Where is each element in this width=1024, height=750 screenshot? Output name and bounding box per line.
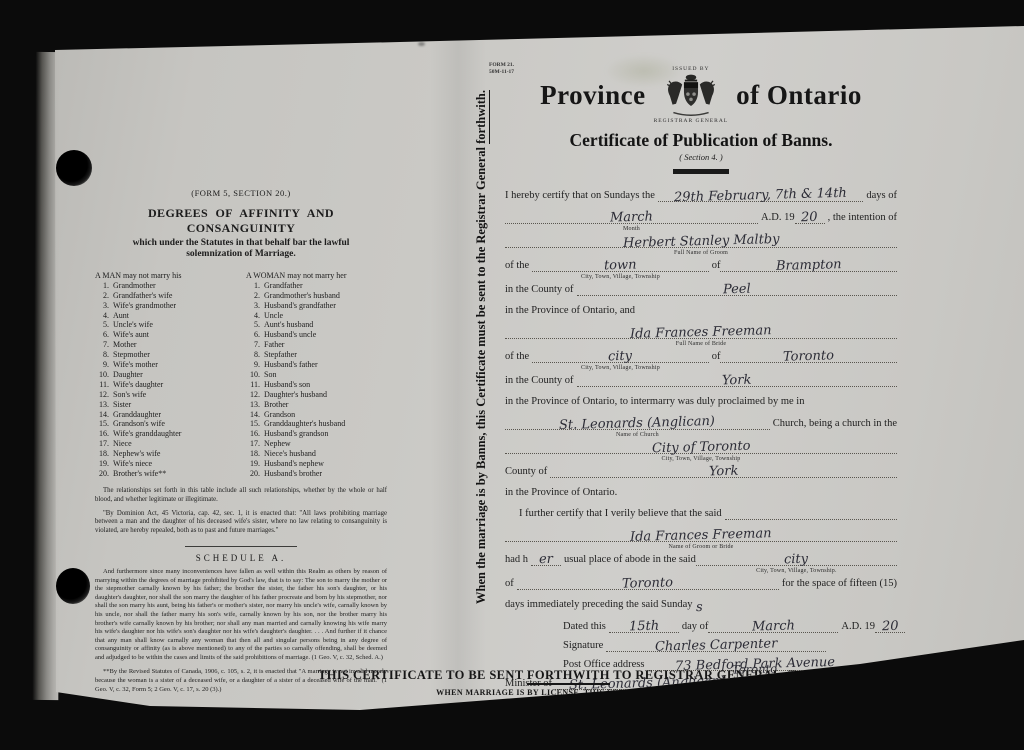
- affinity-list-item: 1.Grandfather: [246, 281, 387, 291]
- affinity-list-item: 19.Husband's nephew: [246, 459, 387, 469]
- footer-line1-pre: THIS CERTIFICATE TO BE SENT: [318, 668, 527, 682]
- affinity-list-item: 16.Wife's granddaughter: [95, 429, 236, 439]
- footer-line1-post: TO REGISTRAR GENERAL, TORONTO, ONT.: [610, 668, 893, 682]
- document-paper: (FORM 5, SECTION 20.) DEGREES OF AFFINIT…: [0, 0, 1024, 750]
- affinity-list-item: 2.Grandfather's wife: [95, 291, 236, 301]
- dated-year-value: 20: [882, 622, 899, 632]
- footer-line1: THIS CERTIFICATE TO BE SENT FORTHWITH TO…: [318, 668, 828, 683]
- intention-label: , the intention of: [825, 211, 897, 224]
- margin-note-forthwith: forthwith.: [474, 90, 490, 144]
- line-days-preceding: days immediately preceding the said Sund…: [505, 598, 897, 611]
- church-place-field: City of TorontoCity, Town, Village, Town…: [505, 440, 897, 454]
- dated-year-field: 20: [875, 619, 905, 633]
- for-space-label: for the space of fifteen (15): [779, 577, 897, 590]
- affinity-list-item: 8.Stepmother: [95, 350, 236, 360]
- dated-month-field: March: [708, 619, 838, 633]
- affinity-list-item: 12.Son's wife: [95, 390, 236, 400]
- affinity-columns: A MAN may not marry his 1.Grandmother2.G…: [95, 271, 387, 479]
- certificate-section: ( Section 4. ): [505, 152, 897, 162]
- affinity-list-item: 15.Grandson's wife: [95, 419, 236, 429]
- province-header: Province ISSUED BY: [505, 66, 897, 124]
- bride-county-value: York: [722, 376, 752, 387]
- right-page: Province ISSUED BY: [505, 66, 897, 695]
- affinity-list-item: 18.Niece's husband: [246, 449, 387, 459]
- groom-county-field: Peel: [577, 282, 897, 296]
- month-field: MarchMonth: [505, 210, 758, 224]
- groom-place-type-field: townCity, Town, Village, Township: [532, 258, 709, 272]
- affinity-list-item: 20.Brother's wife**: [95, 469, 236, 479]
- in-county-label: in the County of: [505, 283, 577, 296]
- of-label2: of: [709, 350, 721, 363]
- affinity-list-item: 12.Daughter's husband: [246, 390, 387, 400]
- church-county-value: York: [709, 467, 739, 478]
- church-label: Church: [740, 677, 774, 690]
- line-church-place: City of TorontoCity, Town, Village, Town…: [505, 440, 897, 454]
- line-signature: Signature Charles Carpenter: [505, 638, 897, 652]
- bride-place-field: Toronto: [720, 349, 897, 363]
- abode-place-type-field: cityCity, Town, Village, Township.: [696, 552, 897, 566]
- bride-place-type-value: city: [608, 352, 632, 363]
- line-abode-place: of Toronto for the space of fifteen (15): [505, 576, 897, 590]
- province-period-label: in the Province of Ontario.: [505, 486, 620, 499]
- day-of-label: day of: [679, 620, 709, 633]
- further-certify-label: I further certify that I verily believe …: [519, 507, 725, 520]
- pronoun-field: er: [531, 552, 561, 566]
- dominion-act-note: "By Dominion Act, 45 Victoria, cap. 42, …: [95, 510, 387, 536]
- in-county-label2: in the County of: [505, 374, 577, 387]
- relationships-note: The relationships set forth in this tabl…: [95, 487, 387, 505]
- affinity-list-item: 14.Grandson: [246, 410, 387, 420]
- intermarry-label: in the Province of Ontario, to intermarr…: [505, 395, 807, 408]
- had-h-label: had h: [505, 553, 531, 566]
- woman-column: A WOMAN may not marry her 1.Grandfather2…: [246, 271, 387, 479]
- left-form-reference: (FORM 5, SECTION 20.): [95, 188, 387, 198]
- scanned-certificate-viewer: (FORM 5, SECTION 20.) DEGREES OF AFFINIT…: [0, 0, 1024, 750]
- groom-place-value: Brampton: [776, 260, 842, 272]
- abode-place-field: Toronto: [517, 576, 779, 590]
- faded-stamp-mark: [604, 54, 684, 88]
- affinity-subtitle: which under the Statutes in that behalf …: [118, 238, 363, 261]
- line-church: St. Leonards (Anglican)Name of Church Ch…: [505, 416, 897, 430]
- woman-column-header: A WOMAN may not marry her: [246, 271, 387, 280]
- affinity-list-item: 6.Wife's aunt: [95, 330, 236, 340]
- line-said-name: Ida Frances FreemanName of Groom or Brid…: [505, 528, 897, 542]
- line-groom-county: in the County of Peel: [505, 282, 897, 296]
- of-the-label2: of the: [505, 350, 532, 363]
- man-list: 1.Grandmother2.Grandfather's wife3.Wife'…: [95, 281, 236, 479]
- year-value: 20: [801, 213, 818, 223]
- sundays-dates-field: 29th February, 7th & 14th: [658, 188, 864, 202]
- county-of-label: County of: [505, 465, 550, 478]
- dated-month-value: March: [752, 621, 795, 632]
- of-ontario-word: of Ontario: [736, 80, 862, 111]
- year-field: 20: [795, 210, 825, 224]
- bride-place-value: Toronto: [783, 351, 834, 362]
- signature-label: Signature: [563, 639, 606, 652]
- sundays-dates-value: 29th February, 7th & 14th: [674, 189, 847, 204]
- line-groom-place: of the townCity, Town, Village, Township…: [505, 258, 897, 272]
- of-label3: of: [505, 577, 517, 590]
- affinity-list-item: 6.Husband's uncle: [246, 330, 387, 340]
- scan-smudge: [418, 42, 425, 46]
- certify-label: I hereby certify that on Sundays the: [505, 189, 658, 202]
- footer-line2: WHEN MARRIAGE IS BY LICENSE, THIS FORM N…: [318, 688, 828, 697]
- line-month: MarchMonth A.D. 19 20 , the intention of: [505, 210, 897, 224]
- days-preceding-label: days immediately preceding the said Sund…: [505, 598, 696, 611]
- ad19-label: A.D. 19: [758, 211, 795, 224]
- bride-county-field: York: [577, 373, 897, 387]
- affinity-list-item: 14.Granddaughter: [95, 410, 236, 420]
- divider-rule: [185, 546, 297, 547]
- affinity-list-item: 4.Uncle: [246, 311, 387, 321]
- affinity-list-item: 9.Husband's father: [246, 360, 387, 370]
- registrar-general-label: REGISTRAR GENERAL: [654, 118, 729, 124]
- pronoun-value: er: [539, 555, 553, 565]
- church-county-field: York: [550, 464, 897, 478]
- affinity-list-item: 19.Wife's niece: [95, 459, 236, 469]
- woman-list: 1.Grandfather2.Grandmother's husband3.Hu…: [246, 281, 387, 479]
- church-name-field: St. Leonards (Anglican)Name of Church: [505, 416, 770, 430]
- line-further-certify: I further certify that I verily believe …: [505, 507, 897, 520]
- schedule-a-title: SCHEDULE A.: [95, 553, 387, 563]
- affinity-list-item: 5.Aunt's husband: [246, 320, 387, 330]
- affinity-list-item: 17.Nephew: [246, 439, 387, 449]
- affinity-list-item: 16.Husband's grandson: [246, 429, 387, 439]
- abode-label: usual place of abode in the said: [561, 553, 696, 566]
- line-province-and: in the Province of Ontario, and: [505, 304, 897, 317]
- of-label: of: [709, 259, 721, 272]
- schedule-a-text: And furthermore since many inconvenience…: [95, 568, 387, 662]
- affinity-list-item: 8.Stepfather: [246, 350, 387, 360]
- line-church-county: County of York: [505, 464, 897, 478]
- affinity-list-item: 5.Uncle's wife: [95, 320, 236, 330]
- affinity-list-item: 7.Mother: [95, 340, 236, 350]
- line-abode: had h er usual place of abode in the sai…: [505, 552, 897, 566]
- affinity-list-item: 3.Husband's grandfather: [246, 301, 387, 311]
- dated-day-value: 15th: [629, 622, 659, 633]
- groom-county-value: Peel: [723, 285, 751, 296]
- affinity-list-item: 9.Wife's mother: [95, 360, 236, 370]
- ad19-label2: A.D. 19: [838, 620, 875, 633]
- affinity-list-item: 13.Brother: [246, 400, 387, 410]
- affinity-list-item: 10.Daughter: [95, 370, 236, 380]
- certificate-title: Certificate of Publication of Banns.: [505, 130, 897, 151]
- affinity-list-item: 11.Wife's daughter: [95, 380, 236, 390]
- affinity-list-item: 10.Son: [246, 370, 387, 380]
- said-name-field: Ida Frances FreemanName of Groom or Brid…: [505, 528, 897, 542]
- dated-day-field: 15th: [609, 619, 679, 633]
- punch-hole-bottom: [56, 568, 90, 604]
- abode-place-value: Toronto: [622, 578, 673, 589]
- affinity-list-item: 20.Husband's brother: [246, 469, 387, 479]
- man-column: A MAN may not marry his 1.Grandmother2.G…: [95, 271, 236, 479]
- affinity-list-item: 4.Aunt: [95, 311, 236, 321]
- signature-field: Charles Carpenter: [606, 638, 826, 652]
- line-province-period: in the Province of Ontario.: [505, 486, 897, 499]
- abode-place-type-value: city: [784, 555, 808, 566]
- dated-this-label: Dated this: [563, 620, 609, 633]
- line-certify: I hereby certify that on Sundays the 29t…: [505, 188, 897, 202]
- left-page: (FORM 5, SECTION 20.) DEGREES OF AFFINIT…: [95, 188, 387, 700]
- affinity-list-item: 3.Wife's grandmother: [95, 301, 236, 311]
- affinity-list-item: 11.Husband's son: [246, 380, 387, 390]
- title-bar-rule: [673, 169, 729, 174]
- line-intermarry: in the Province of Ontario, to intermarr…: [505, 395, 897, 408]
- sunday-plural-value: s: [695, 603, 702, 613]
- month-value: March: [610, 212, 653, 223]
- affinity-list-item: 1.Grandmother: [95, 281, 236, 291]
- line-bride-place: of the cityCity, Town, Village, Township…: [505, 349, 897, 363]
- footer-forthwith: FORTHWITH: [527, 668, 610, 685]
- affinity-title: DEGREES OF AFFINITY AND CONSANGUINITY: [95, 206, 387, 236]
- man-column-header: A MAN may not marry his: [95, 271, 236, 280]
- vertical-margin-note: When the marriage is by Banns, this Cert…: [474, 124, 500, 604]
- affinity-list-item: 17.Niece: [95, 439, 236, 449]
- further-certify-fill: [725, 519, 897, 520]
- affinity-list-item: 15.Granddaughter's husband: [246, 419, 387, 429]
- church-being-label: Church, being a church in the: [770, 417, 897, 430]
- groom-place-type-value: town: [604, 261, 637, 272]
- margin-note-text: When the marriage is by Banns, this Cert…: [474, 144, 488, 604]
- bride-place-type-field: cityCity, Town, Village, Township: [532, 349, 709, 363]
- line-groom-name: Herbert Stanley MaltbyFull Name of Groom: [505, 234, 897, 248]
- line-bride-county: in the County of York: [505, 373, 897, 387]
- of-the-label: of the: [505, 259, 532, 272]
- affinity-list-item: 2.Grandmother's husband: [246, 291, 387, 301]
- groom-place-field: Brampton: [720, 258, 897, 272]
- line-dated: Dated this 15th day of March A.D. 19 20: [505, 619, 897, 633]
- signature-value: Charles Carpenter: [655, 639, 778, 652]
- affinity-list-item: 7.Father: [246, 340, 387, 350]
- line-bride-name: Ida Frances FreemanFull Name of Bride: [505, 325, 897, 339]
- certificate-footer: THIS CERTIFICATE TO BE SENT FORTHWITH TO…: [318, 668, 828, 697]
- groom-name-field: Herbert Stanley MaltbyFull Name of Groom: [505, 234, 897, 248]
- bride-name-field: Ida Frances FreemanFull Name of Bride: [505, 325, 897, 339]
- affinity-list-item: 18.Nephew's wife: [95, 449, 236, 459]
- days-of-label: days of: [863, 189, 897, 202]
- punch-hole-top: [56, 150, 92, 186]
- affinity-list-item: 13.Sister: [95, 400, 236, 410]
- province-and-label: in the Province of Ontario, and: [505, 304, 638, 317]
